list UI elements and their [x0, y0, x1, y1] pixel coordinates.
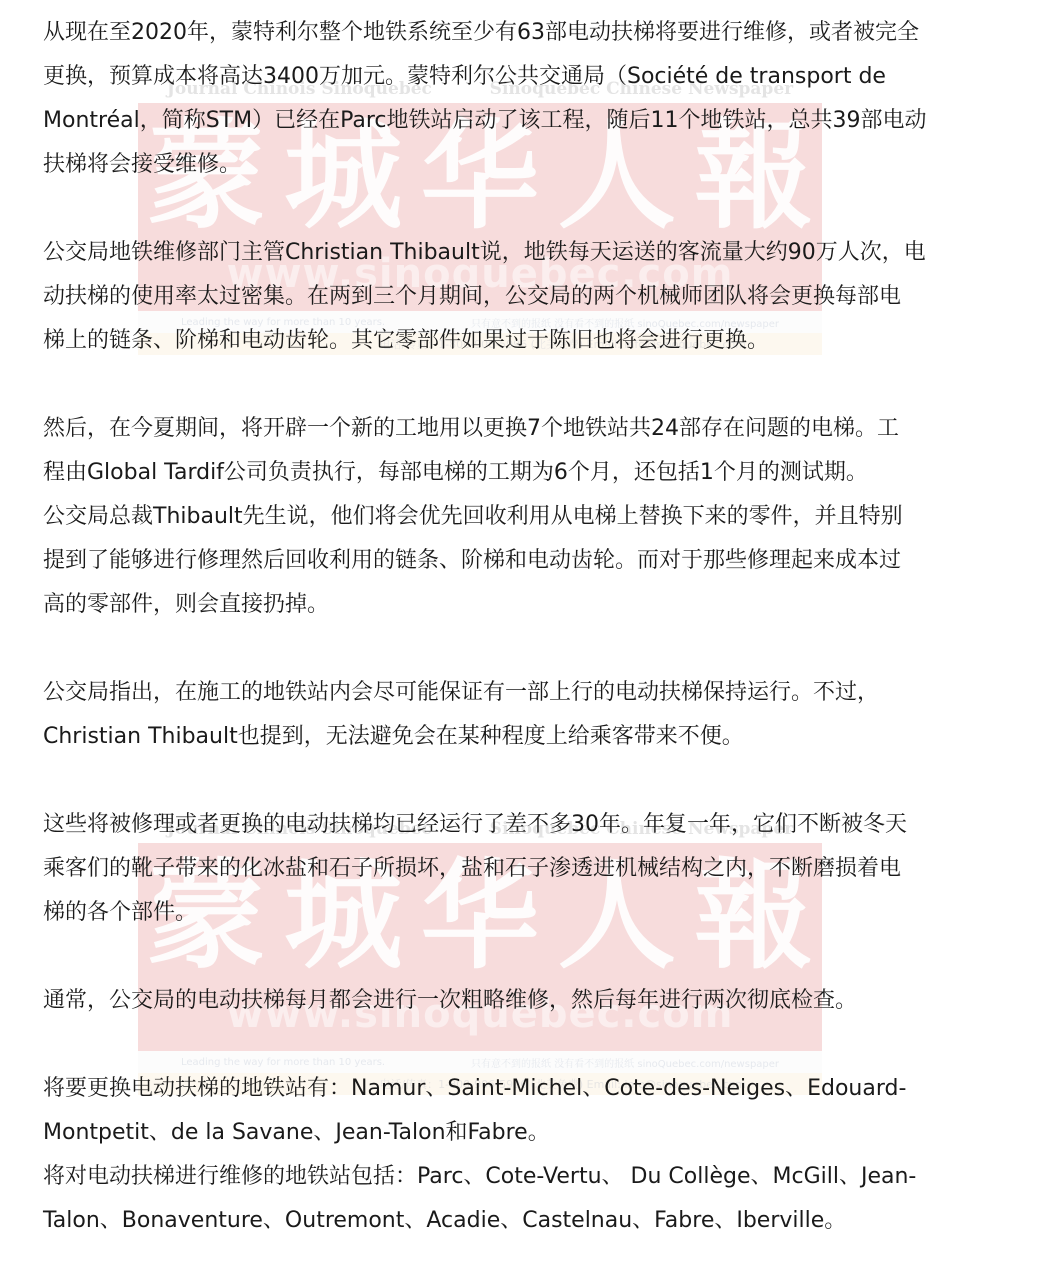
- text-line: Christian Thibault也提到，无法避免会在某种程度上给乘客带来不便…: [43, 722, 744, 752]
- text-line: 程由Global Tardif公司负责执行，每部电梯的工期为6个月，还包括1个月…: [43, 458, 868, 488]
- article-body: 从现在至2020年，蒙特利尔整个地铁系统至少有63部电动扶梯将要进行维修，或者被…: [0, 0, 1038, 1276]
- text-line: 将要更换电动扶梯的地铁站有：Namur、Saint-Michel、Cote-de…: [43, 1074, 906, 1104]
- text-line: 提到了能够进行修理然后回收利用的链条、阶梯和电动齿轮。而对于那些修理起来成本过: [43, 546, 901, 576]
- text-line: 这些将被修理或者更换的电动扶梯均已经运行了差不多30年。年复一年，它们不断被冬天: [43, 810, 907, 840]
- text-line: 从现在至2020年，蒙特利尔整个地铁系统至少有63部电动扶梯将要进行维修，或者被…: [43, 18, 919, 48]
- text-line: 公交局总裁Thibault先生说，他们将会优先回收利用从电梯上替换下来的零件，并…: [43, 502, 903, 532]
- text-line: 扶梯将会接受维修。: [43, 150, 241, 180]
- text-line: 将对电动扶梯进行维修的地铁站包括：Parc、Cote-Vertu、 Du Col…: [43, 1162, 916, 1192]
- text-line: 公交局地铁维修部门主管Christian Thibault说，地铁每天运送的客流…: [43, 238, 926, 268]
- text-line: Montpetit、de la Savane、Jean-Talon和Fabre。: [43, 1118, 550, 1148]
- text-line: Montréal，简称STM）已经在Parc地铁站启动了该工程，随后11个地铁站…: [43, 106, 927, 136]
- text-line: 梯的各个部件。: [43, 898, 197, 928]
- text-line: 动扶梯的使用率太过密集。在两到三个月期间，公交局的两个机械师团队将会更换每部电: [43, 282, 901, 312]
- text-line: 乘客们的靴子带来的化冰盐和石子所损坏，盐和石子渗透进机械结构之内，不断磨损着电: [43, 854, 901, 884]
- text-line: 梯上的链条、阶梯和电动齿轮。其它零部件如果过于陈旧也将会进行更换。: [43, 326, 769, 356]
- text-line: 更换，预算成本将高达3400万加元。蒙特利尔公共交通局（Société de t…: [43, 62, 886, 92]
- text-line: 通常，公交局的电动扶梯每月都会进行一次粗略维修，然后每年进行两次彻底检查。: [43, 986, 857, 1016]
- text-line: 然后，在今夏期间，将开辟一个新的工地用以更换7个地铁站共24部存在问题的电梯。工: [43, 414, 899, 444]
- text-line: 公交局指出，在施工的地铁站内会尽可能保证有一部上行的电动扶梯保持运行。不过，: [43, 678, 879, 708]
- text-line: Talon、Bonaventure、Outremont、Acadie、Caste…: [43, 1206, 846, 1236]
- text-line: 高的零部件，则会直接扔掉。: [43, 590, 329, 620]
